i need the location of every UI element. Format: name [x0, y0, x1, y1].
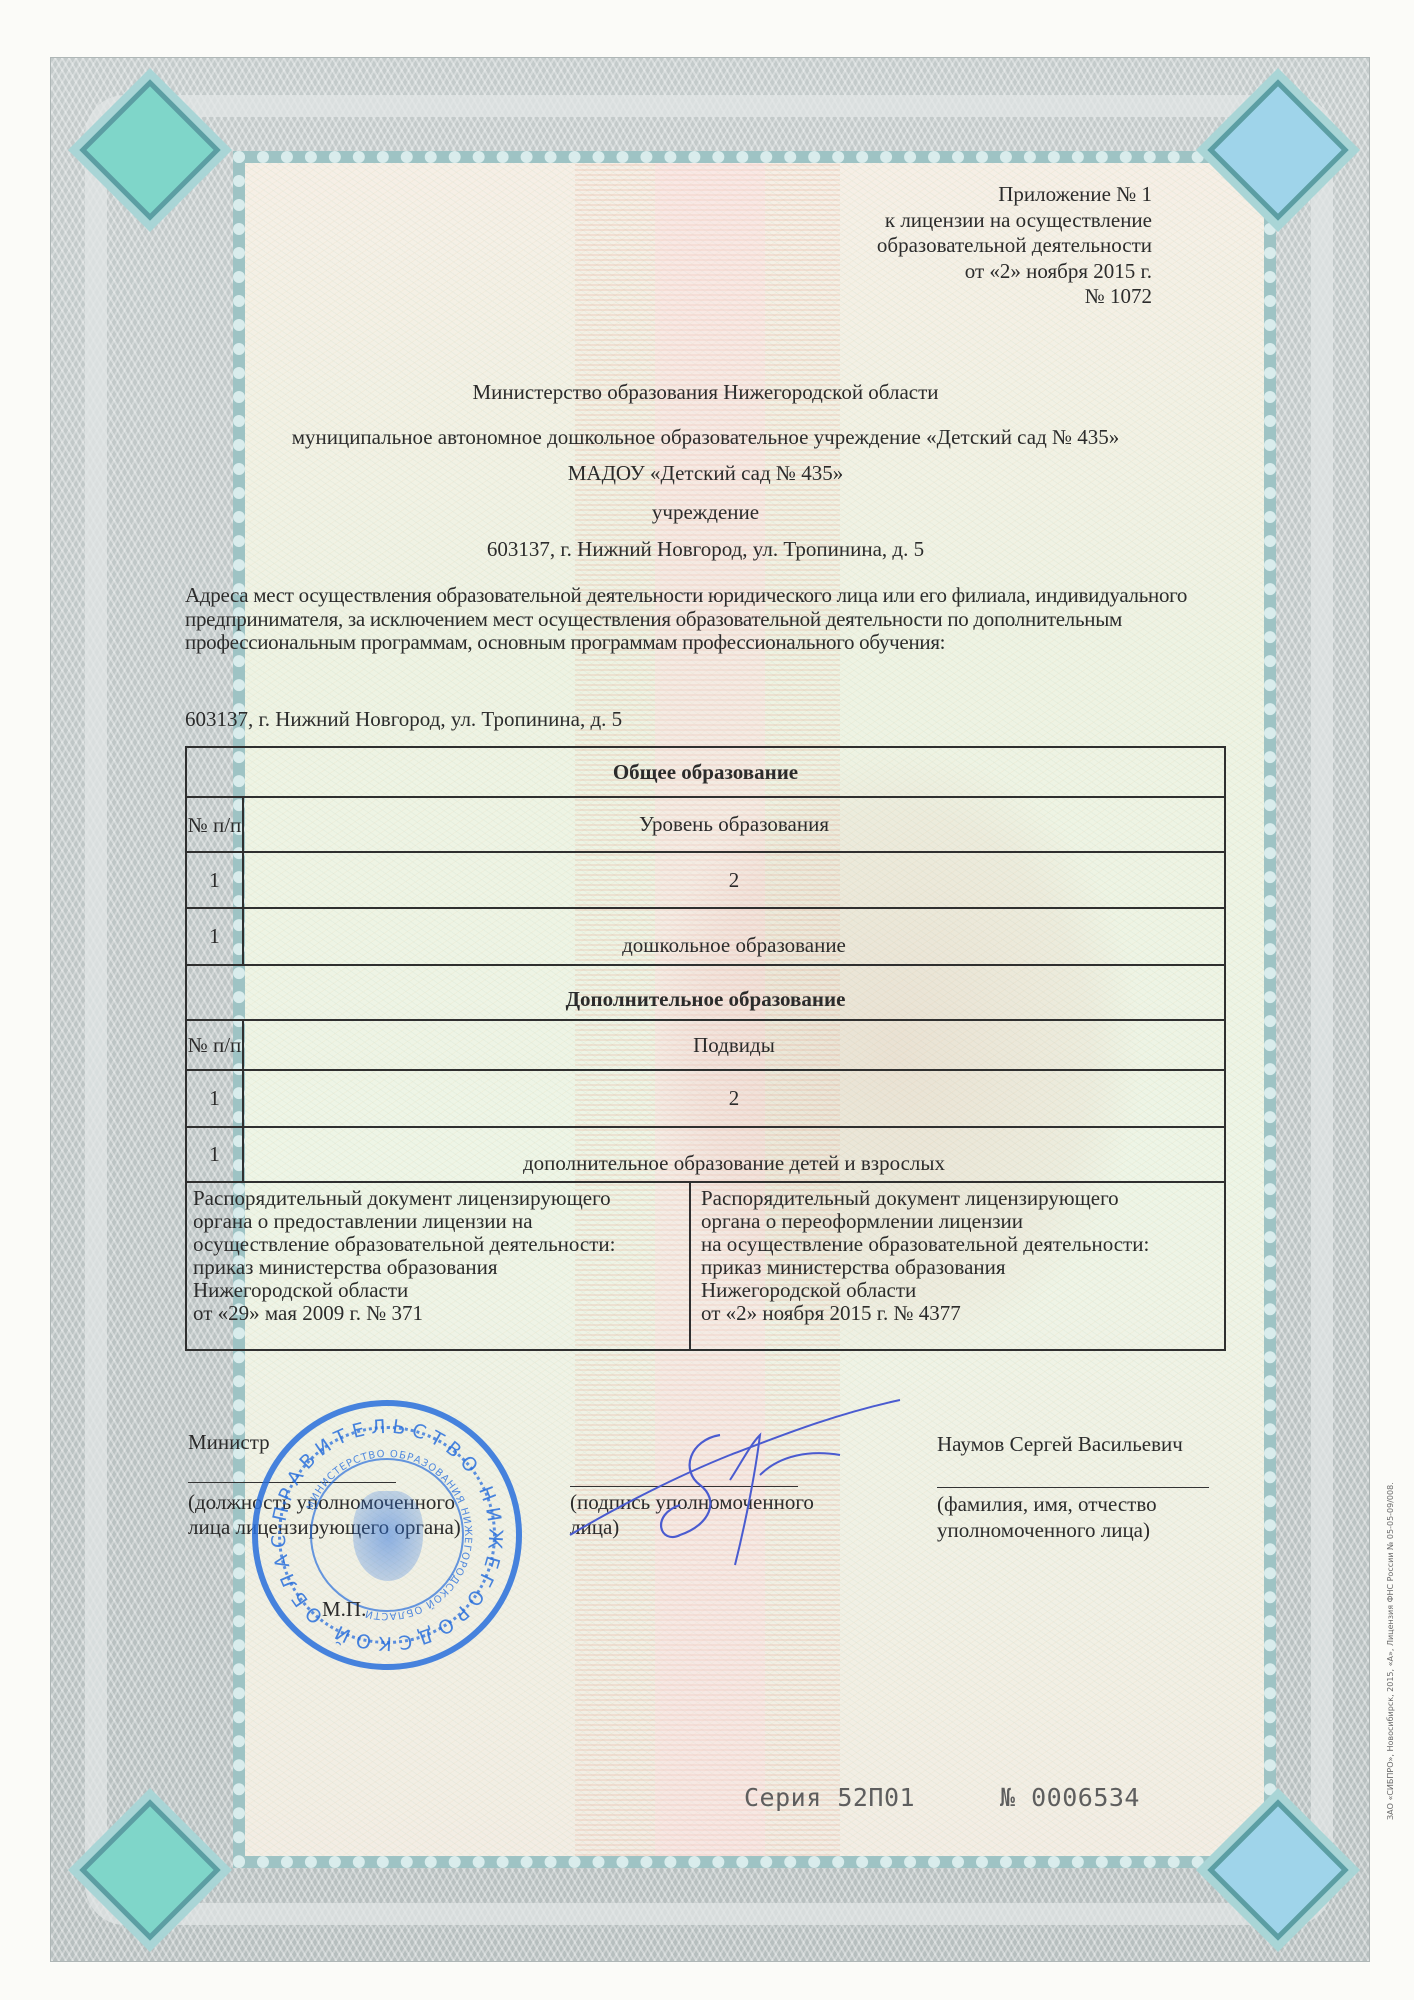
column-header-subtype: Подвиды — [243, 1020, 1225, 1070]
column-header-number: № п/п — [186, 797, 243, 852]
handwritten-signature — [560, 1395, 920, 1585]
document-date-number: от «29» мая 2009 г. № 371 — [193, 1302, 683, 1325]
row-number: 1 — [186, 1070, 243, 1127]
table-row: 1 2 — [186, 1070, 1225, 1127]
appendix-date: от «2» ноября 2015 г. — [877, 259, 1152, 285]
document-line: приказ министерства образования — [701, 1256, 1149, 1279]
section-title-row: Дополнительное образование — [186, 965, 1225, 1020]
table-row: 1 2 — [186, 852, 1225, 908]
appendix-line: к лицензии на осуществление — [877, 208, 1152, 234]
name-line — [937, 1487, 1209, 1488]
grant-document: Распорядительный документ лицензирующего… — [187, 1183, 691, 1349]
appendix-reference: Приложение № 1 к лицензии на осуществлен… — [877, 182, 1152, 310]
table-header-row: № п/п Подвиды — [186, 1020, 1225, 1070]
official-seal: ПРАВИТЕЛЬСТВО НИЖЕГОРОДСКОЙ ОБЛАСТИ МИНИ… — [252, 1400, 522, 1670]
appendix-line: образовательной деятельности — [877, 233, 1152, 259]
organization-address: 603137, г. Нижний Новгород, ул. Тропинин… — [185, 537, 1226, 562]
document-line: приказ министерства образования — [193, 1256, 683, 1279]
row-value: дополнительное образование детей и взрос… — [243, 1127, 1225, 1182]
number-value: 0006534 — [1031, 1783, 1140, 1812]
document-line: Распорядительный документ лицензирующего — [193, 1187, 683, 1210]
document-line: Нижегородской области — [701, 1279, 1149, 1302]
document-content: Приложение № 1 к лицензии на осуществлен… — [0, 0, 1414, 2000]
printer-imprint: ЗАО «СИБПРО», Новосибирск, 2015, «А», Ли… — [1386, 1482, 1395, 1820]
activity-addresses-intro: Адреса мест осуществления образовательно… — [185, 584, 1226, 655]
section-title: Общее образование — [186, 747, 1225, 797]
row-value: дошкольное образование — [243, 908, 1225, 965]
name-caption: уполномоченного лица) — [937, 1518, 1150, 1543]
appendix-number: № 1072 — [877, 284, 1152, 310]
reissue-document: Распорядительный документ лицензирующего… — [691, 1183, 1155, 1349]
column-header-number: № п/п — [186, 1020, 243, 1070]
row-number: 1 — [186, 908, 243, 965]
series-value: 52П01 — [837, 1783, 915, 1812]
education-table: Общее образование № п/п Уровень образова… — [185, 746, 1226, 1183]
table-header-row: № п/п Уровень образования — [186, 797, 1225, 852]
series-label: Серия — [744, 1783, 822, 1812]
table-row: 1 дополнительное образование детей и взр… — [186, 1127, 1225, 1182]
svg-text:МИНИСТЕРСТВО ОБРАЗОВАНИЯ НИЖЕГ: МИНИСТЕРСТВО ОБРАЗОВАНИЯ НИЖЕГОРОДСКОЙ О… — [305, 1449, 473, 1621]
document-date-number: от «2» ноября 2015 г. № 4377 — [701, 1302, 1149, 1325]
name-caption: (фамилия, имя, отчество — [937, 1492, 1157, 1517]
activity-address: 603137, г. Нижний Новгород, ул. Тропинин… — [185, 707, 622, 732]
appendix-title: Приложение № 1 — [877, 182, 1152, 208]
organization-short-name: МАДОУ «Детский сад № 435» — [185, 461, 1226, 486]
seal-mark: М.П. — [322, 1597, 366, 1622]
document-line: Распорядительный документ лицензирующего — [701, 1187, 1149, 1210]
column-header-level: Уровень образования — [243, 797, 1225, 852]
document-line: осуществление образовательной деятельнос… — [193, 1233, 683, 1256]
blank-series: Серия 52П01 — [744, 1783, 915, 1812]
document-line: органа о переоформлении лицензии — [701, 1210, 1149, 1233]
section-title-row: Общее образование — [186, 747, 1225, 797]
authority-name: Министерство образования Нижегородской о… — [185, 380, 1226, 405]
organization-full-name: муниципальное автономное дошкольное обра… — [185, 425, 1226, 450]
row-number: 1 — [186, 1127, 243, 1182]
row-value: 2 — [243, 1070, 1225, 1127]
seal-text-ring: ПРАВИТЕЛЬСТВО НИЖЕГОРОДСКОЙ ОБЛАСТИ МИНИ… — [258, 1406, 516, 1664]
number-label: № — [1000, 1783, 1016, 1812]
document-line: на осуществление образовательной деятель… — [701, 1233, 1149, 1256]
row-number: 1 — [186, 852, 243, 908]
section-title: Дополнительное образование — [186, 965, 1225, 1020]
table-row: 1 дошкольное образование — [186, 908, 1225, 965]
organization-type: учреждение — [185, 500, 1226, 525]
official-full-name: Наумов Сергей Васильевич — [937, 1432, 1183, 1457]
row-value: 2 — [243, 852, 1225, 908]
blank-number: № 0006534 — [1000, 1783, 1140, 1812]
document-line: органа о предоставлении лицензии на — [193, 1210, 683, 1233]
licensing-documents: Распорядительный документ лицензирующего… — [185, 1183, 1226, 1351]
document-line: Нижегородской области — [193, 1279, 683, 1302]
